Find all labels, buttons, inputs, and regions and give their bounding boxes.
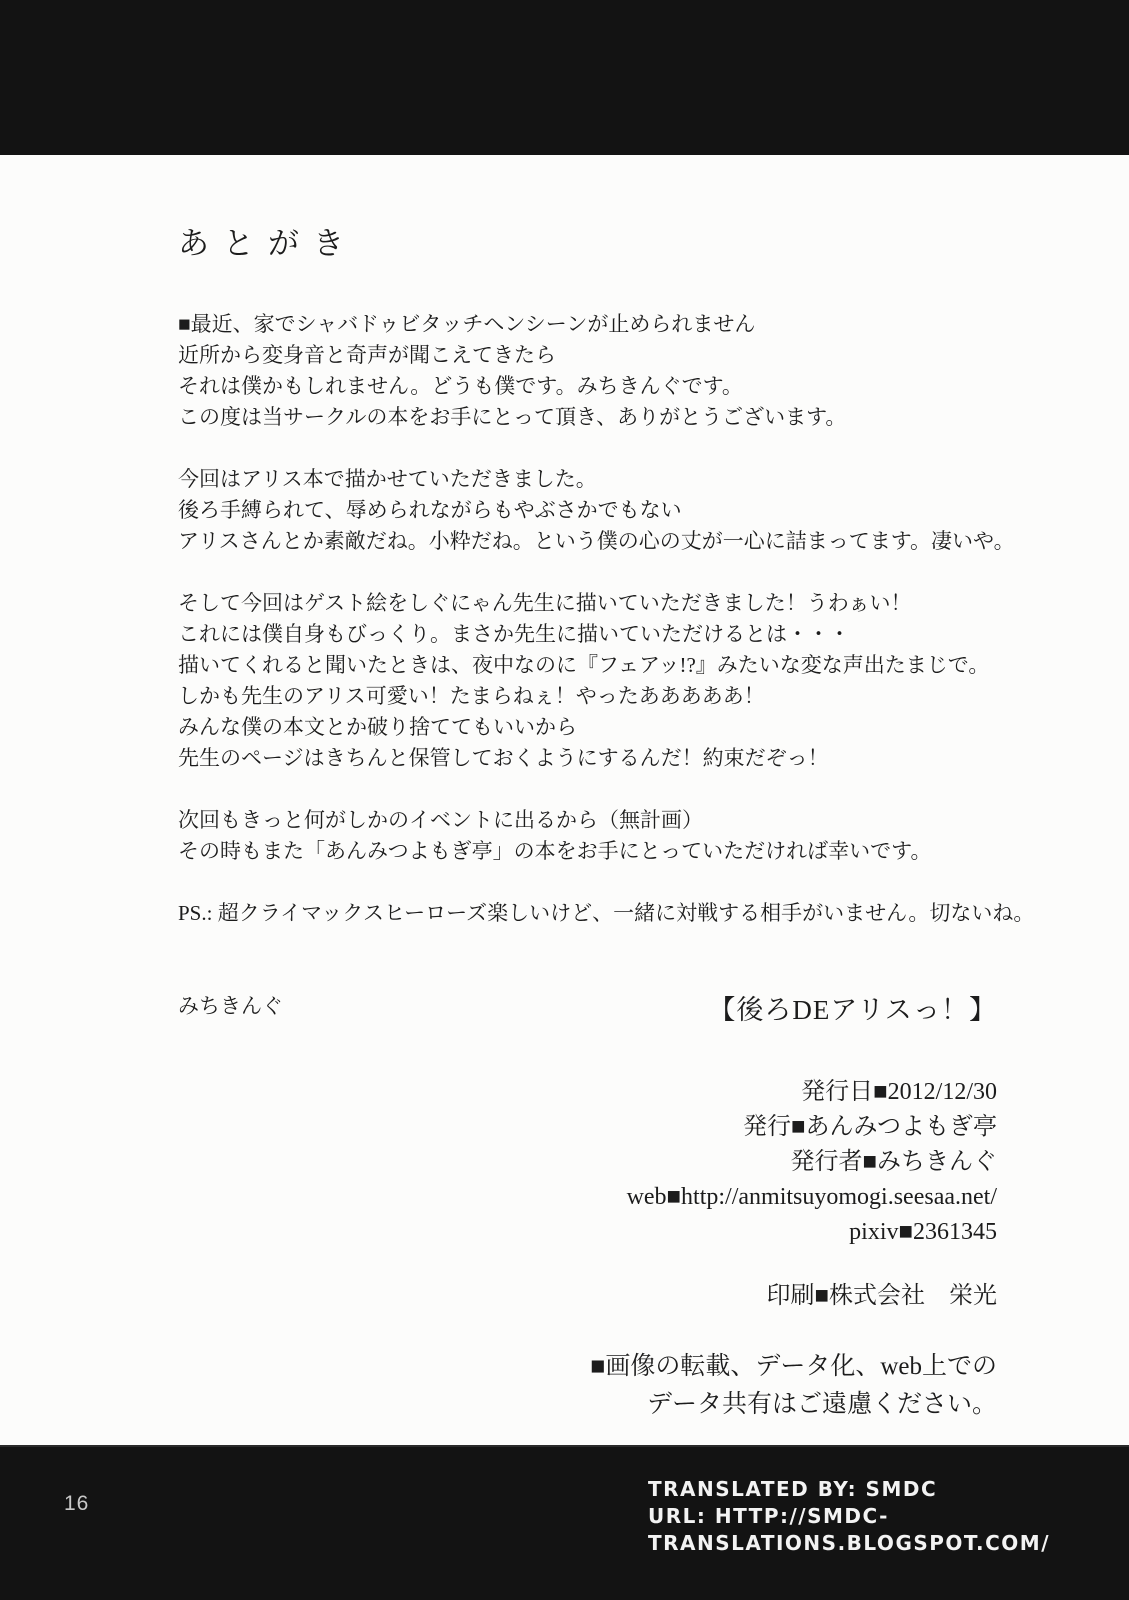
paragraph-alice-book: 今回はアリス本で描かせていただきました。 後ろ手縛られて、辱められながらもやぶさ… xyxy=(178,464,1058,557)
text-line: PS.: 超クライマックスヒーローズ楽しいけど、一緒に対戦する相手がいません。切… xyxy=(178,898,1058,929)
paragraph-intro: ■最近、家でシャバドゥビタッチヘンシーンが止められません 近所から変身音と奇声が… xyxy=(178,309,1058,433)
pixiv-id: pixiv■2361345 xyxy=(178,1215,997,1250)
text-line: アリスさんとか素敵だね。小粋だね。という僕の心の丈が一心に詰まってます。凄いや。 xyxy=(178,526,1058,557)
text-line: これには僕自身もびっくり。まさか先生に描いていただけるとは・・・ xyxy=(178,619,1058,650)
credit-line: TRANSLATED BY: SMDC xyxy=(648,1476,1050,1503)
printer: 印刷■株式会社 栄光 xyxy=(178,1279,997,1314)
page-number: 16 xyxy=(64,1492,89,1516)
translator-credit: TRANSLATED BY: SMDC URL: HTTP://SMDC- TR… xyxy=(648,1476,1050,1557)
text-line: しかも先生のアリス可愛い！たまらねぇ！やったあああああ！ xyxy=(178,681,1058,712)
book-title: 【後ろDEアリスっ！】 xyxy=(178,988,997,1027)
reproduction-notice: ■画像の転載、データ化、web上での データ共有はご遠慮ください。 xyxy=(178,1348,997,1424)
publish-date: 発行日■2012/12/30 xyxy=(178,1075,997,1110)
paragraph-guest-art: そして今回はゲスト絵をしぐにゃん先生に描いていただきました！うわぁい！ これには… xyxy=(178,588,1058,774)
scanned-afterword-page: あとがき ■最近、家でシャバドゥビタッチヘンシーンが止められません 近所から変身… xyxy=(0,0,1129,1600)
text-line: それは僕かもしれません。どうも僕です。みちきんぐです。 xyxy=(178,371,1058,402)
text-line: 描いてくれると聞いたときは、夜中なのに『フェアッ!?』みたいな変な声出たまじで。 xyxy=(178,650,1058,681)
notice-line: ■画像の転載、データ化、web上での xyxy=(178,1348,997,1386)
text-line: 後ろ手縛られて、辱められながらもやぶさかでもない xyxy=(178,495,1058,526)
text-line: 近所から変身音と奇声が聞こえてきたら xyxy=(178,340,1058,371)
text-line: この度は当サークルの本をお手にとって頂き、ありがとうございます。 xyxy=(178,402,1058,433)
paragraph-postscript: PS.: 超クライマックスヒーローズ楽しいけど、一緒に対戦する相手がいません。切… xyxy=(178,898,1058,929)
text-line: 先生のページはきちんと保管しておくようにするんだ！約束だぞっ！ xyxy=(178,743,1058,774)
text-line: みんな僕の本文とか破り捨ててもいいから xyxy=(178,712,1058,743)
notice-line: データ共有はご遠慮ください。 xyxy=(178,1386,997,1424)
credit-line: TRANSLATIONS.BLOGSPOT.COM/ xyxy=(648,1530,1050,1557)
credit-line: URL: HTTP://SMDC- xyxy=(648,1503,1050,1530)
text-line: 次回もきっと何がしかのイベントに出るから（無計画） xyxy=(178,805,1058,836)
publisher-person: 発行者■みちきんぐ xyxy=(178,1145,997,1180)
text-line: そして今回はゲスト絵をしぐにゃん先生に描いていただきました！うわぁい！ xyxy=(178,588,1058,619)
paragraph-next-event: 次回もきっと何がしかのイベントに出るから（無計画） その時もまた「あんみつよもぎ… xyxy=(178,805,1058,867)
afterword-body: あとがき ■最近、家でシャバドゥビタッチヘンシーンが止められません 近所から変身… xyxy=(178,218,1058,1022)
text-line: ■最近、家でシャバドゥビタッチヘンシーンが止められません xyxy=(178,309,1058,340)
publisher-circle: 発行■あんみつよもぎ亭 xyxy=(178,1110,997,1145)
text-line: その時もまた「あんみつよもぎ亭」の本をお手にとっていただければ幸いです。 xyxy=(178,836,1058,867)
text-line: 今回はアリス本で描かせていただきました。 xyxy=(178,464,1058,495)
web-url: web■http://anmitsuyomogi.seesaa.net/ xyxy=(178,1180,997,1215)
page-title: あとがき xyxy=(178,218,1058,263)
top-black-bar xyxy=(0,0,1129,155)
colophon: 【後ろDEアリスっ！】 発行日■2012/12/30 発行■あんみつよもぎ亭 発… xyxy=(178,988,997,1424)
